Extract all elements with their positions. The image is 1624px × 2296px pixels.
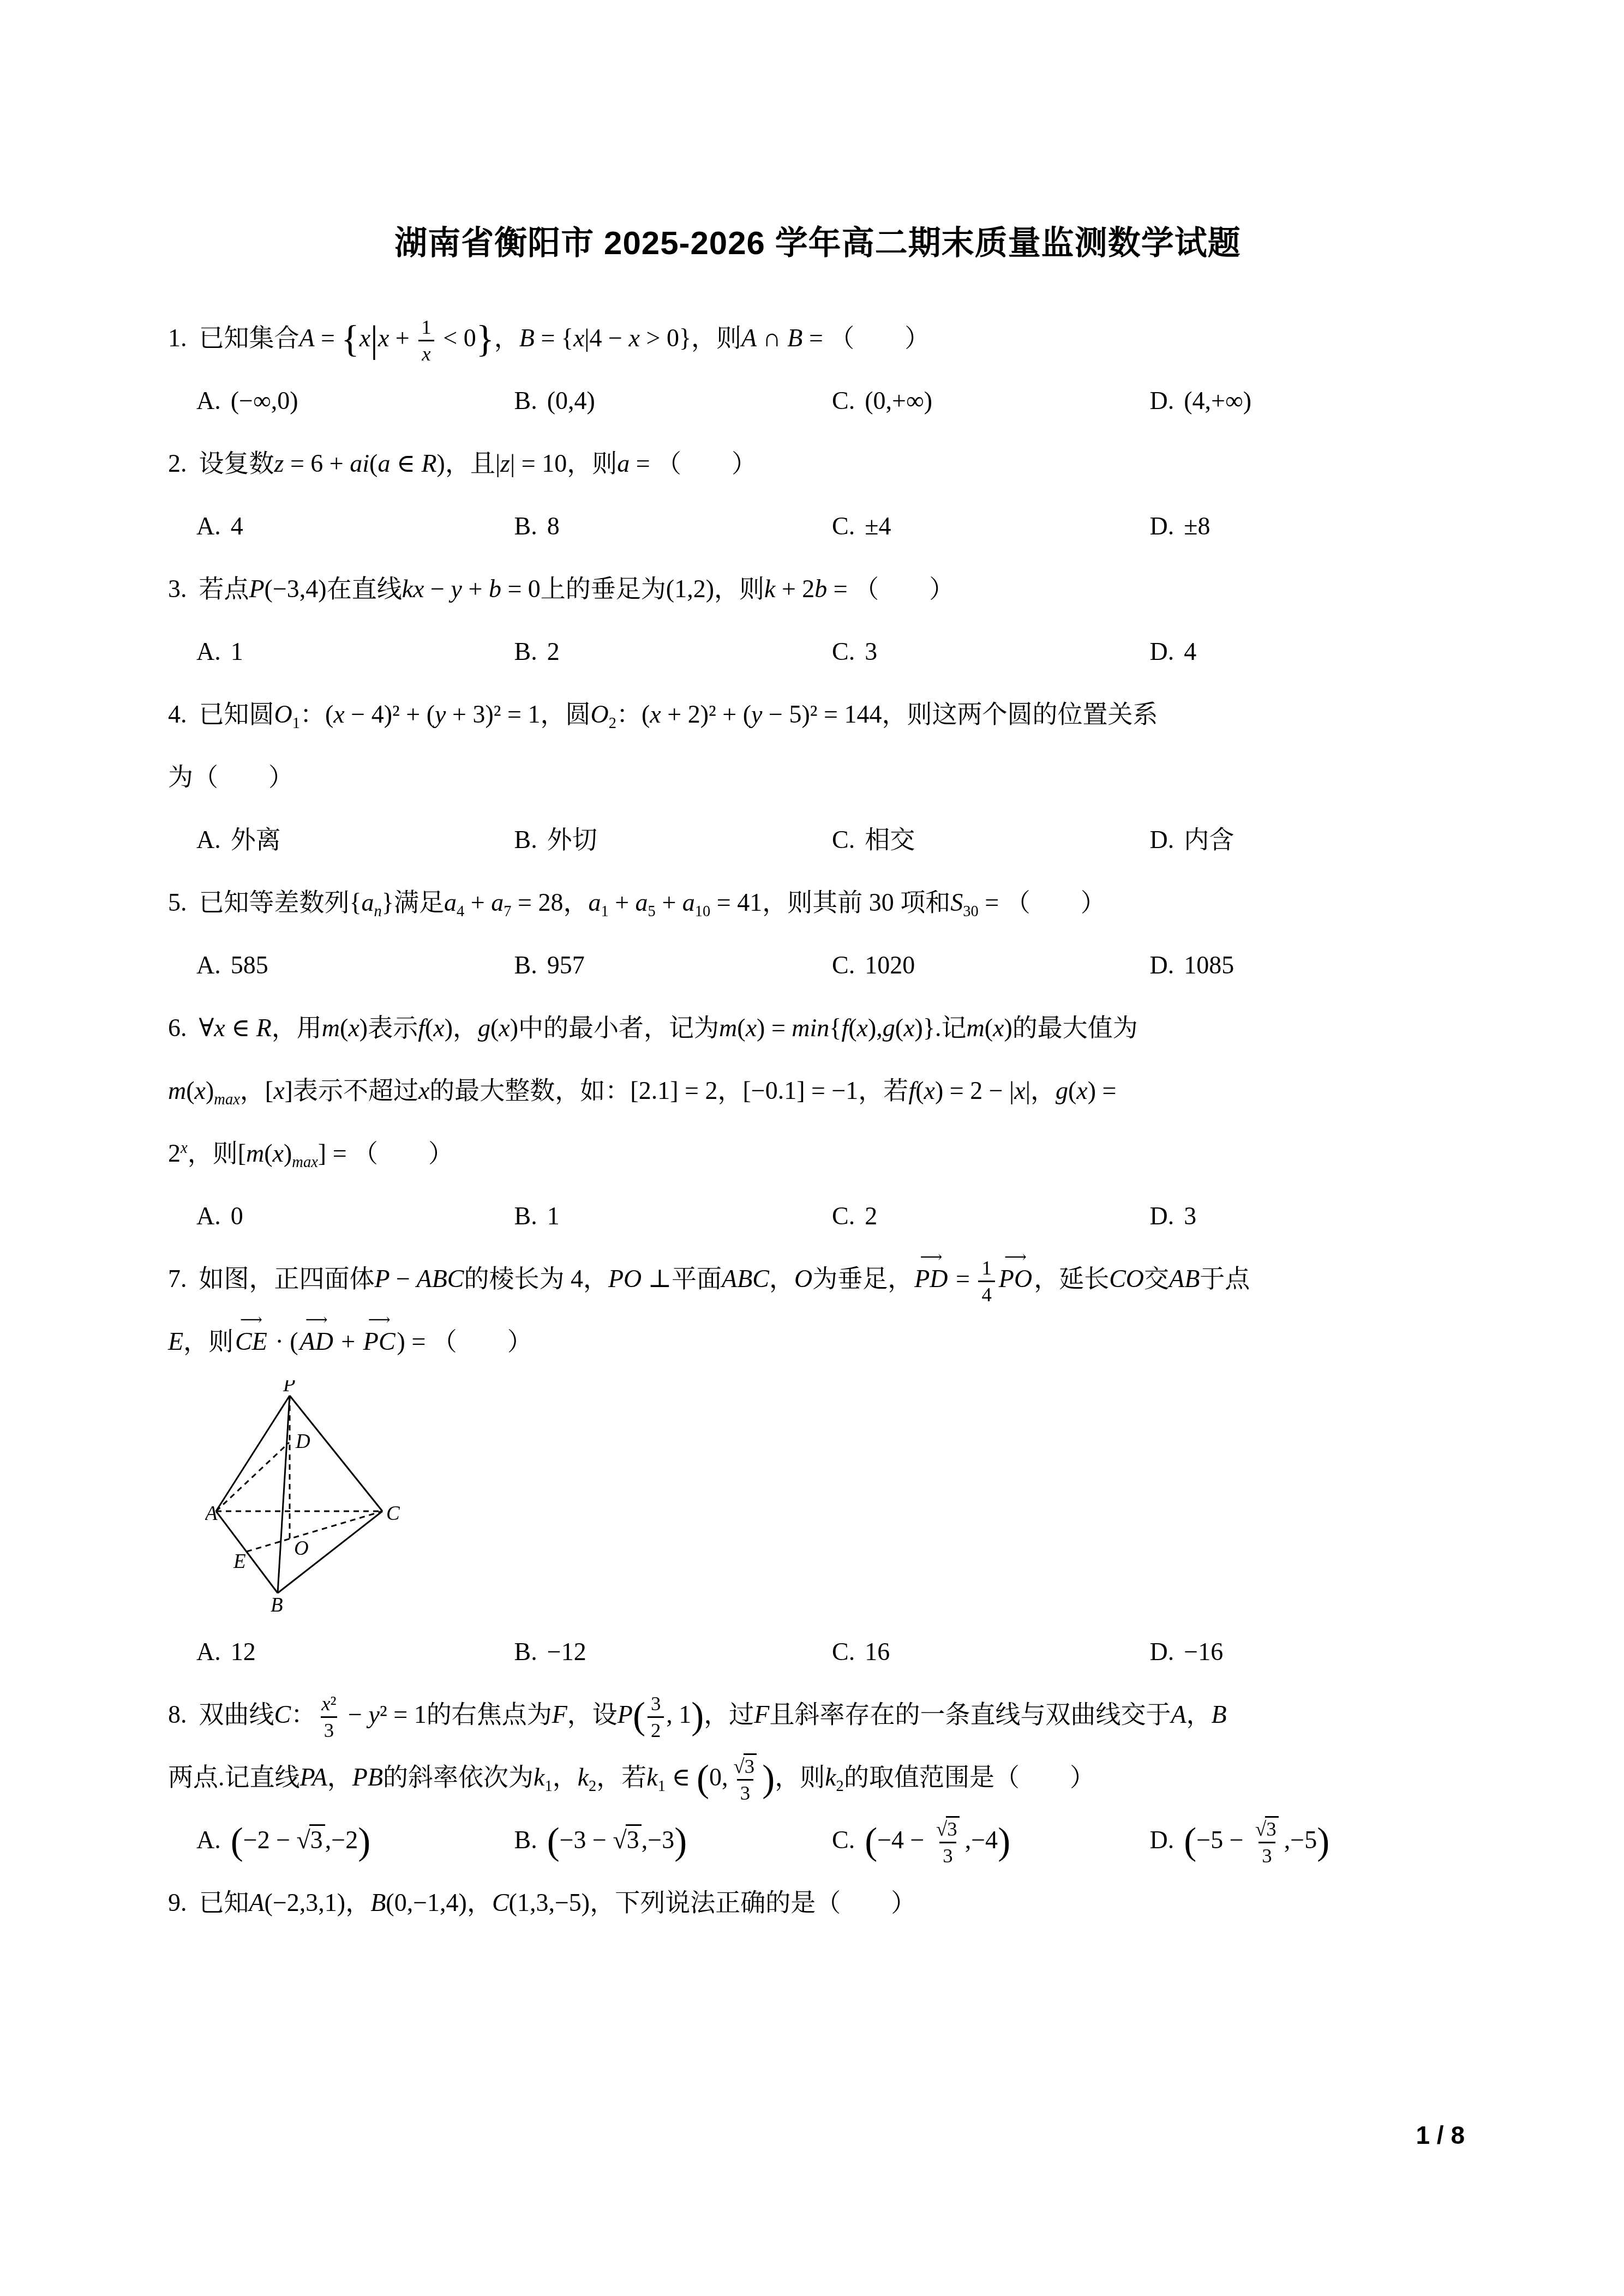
text-segment: ai: [350, 449, 369, 477]
text-segment: a: [362, 888, 374, 916]
text-segment: ): [691, 1695, 704, 1736]
text-segment: x: [650, 700, 661, 728]
option-label: B.: [514, 512, 537, 540]
option-content: (−3 − √3,−3): [547, 1826, 687, 1854]
question-stem-line: 1.已知集合A = {x|x + 1x < 0}，B = {x|4 − x > …: [168, 306, 1467, 369]
option-content: 外切: [547, 826, 597, 854]
option-content: ±4: [865, 512, 891, 540]
text-segment: ，过: [704, 1700, 754, 1728]
question-number: 7.: [168, 1265, 187, 1293]
fraction-denominator: 3: [737, 1779, 753, 1806]
option-content: (−2 − √3,−2): [231, 1826, 371, 1854]
text-segment: ，则[: [188, 1139, 246, 1167]
option-D: D.3: [1150, 1185, 1468, 1247]
option-row: A.(−∞,0)B.(0,4)C.(0,+∞)D.(4,+∞): [168, 369, 1467, 432]
option-label: D.: [1150, 951, 1174, 979]
text-segment: 的斜率依次为: [383, 1763, 534, 1791]
text-segment: (: [1184, 1820, 1196, 1862]
vector-term: PC: [363, 1310, 395, 1373]
square-root: √3: [1255, 1816, 1279, 1840]
option-C: C.相交: [832, 808, 1150, 871]
text-segment: 2: [865, 1202, 877, 1230]
text-segment: (: [895, 1014, 903, 1042]
vector-term: PO: [999, 1247, 1032, 1310]
text-segment: x: [903, 1014, 914, 1042]
option-label: D.: [1150, 1826, 1174, 1854]
text-segment: −2 −: [243, 1826, 297, 1854]
text-segment: P: [618, 1700, 633, 1728]
text-segment: )，: [445, 1014, 478, 1042]
option-B: B.外切: [514, 808, 832, 871]
option-label: D.: [1150, 826, 1174, 854]
text-segment: 交: [1144, 1265, 1169, 1293]
text-segment: A: [249, 1889, 265, 1916]
radicand: 3: [744, 1753, 757, 1777]
text-segment: n: [374, 903, 382, 920]
option-label: A.: [196, 638, 221, 665]
text-segment: ∈: [666, 1763, 697, 1791]
text-segment: 1: [292, 715, 300, 732]
text-segment: < 0: [437, 324, 476, 352]
text-segment: m: [719, 1014, 737, 1042]
text-segment: 的最大整数，如：[2.1] = 2，[−0.1] = −1，若: [429, 1077, 908, 1104]
figure-label-O: O: [294, 1537, 309, 1560]
text-segment: b: [489, 575, 501, 603]
question-5: 5.已知等差数列{an}满足a4 + a7 = 28，a1 + a5 + a10…: [168, 871, 1467, 996]
text-segment: k: [646, 1763, 657, 1791]
option-label: C.: [832, 951, 855, 979]
option-label: A.: [196, 1826, 221, 1854]
option-content: (4,+∞): [1184, 387, 1251, 414]
text-segment: ): [206, 1077, 214, 1104]
option-row: A.4B.8C.±4D.±8: [168, 495, 1467, 557]
text-segment: ∈: [390, 449, 421, 477]
text-segment: (−2,3,1)，: [265, 1889, 371, 1916]
text-segment: 16: [865, 1638, 890, 1666]
text-segment: (0,4): [547, 387, 595, 414]
text-segment: ∀: [199, 1014, 214, 1042]
option-A: A.外离: [196, 808, 514, 871]
text-segment: (−3,4)在直线: [265, 575, 402, 603]
figure-edge-dashed: [247, 1511, 382, 1552]
option-A: A.585: [196, 934, 514, 996]
fraction-numerator: √3: [933, 1817, 963, 1842]
text-segment: }: [476, 318, 494, 360]
text-segment: kx: [402, 575, 424, 603]
text-segment: ),: [868, 1014, 883, 1042]
text-segment: ² = 1的右焦点为: [380, 1700, 552, 1728]
text-segment: ): [674, 1820, 687, 1862]
option-content: 1: [547, 1202, 560, 1230]
option-row: A.1B.2C.3D.4: [168, 620, 1467, 683]
radical-sign: √: [1255, 1818, 1265, 1840]
radicand: 3: [1265, 1816, 1278, 1840]
text-segment: 双曲线: [199, 1700, 274, 1728]
text-segment: ): [998, 1820, 1010, 1862]
text-segment: PB: [352, 1763, 383, 1791]
text-segment: x: [1014, 1077, 1025, 1104]
question-stem-line: m(x)max，[x]表示不超过x的最大整数，如：[2.1] = 2，[−0.1…: [168, 1059, 1467, 1122]
option-content: 16: [865, 1638, 890, 1666]
question-stem-line: 两点.记直线PA，PB的斜率依次为k1，k2，若k1 ∈ (0,√33)，则k2…: [168, 1746, 1467, 1808]
option-content: 0: [231, 1202, 243, 1230]
option-content: −12: [547, 1638, 586, 1666]
text-segment: 若点: [199, 575, 249, 603]
text-segment: g: [883, 1014, 895, 1042]
question-number: 3.: [168, 575, 187, 603]
text-segment: 设复数: [199, 449, 274, 477]
option-label: C.: [832, 638, 855, 665]
text-segment: CO: [1109, 1265, 1144, 1293]
option-content: 外离: [231, 826, 281, 854]
option-content: 2: [547, 638, 560, 665]
text-segment: (: [697, 1758, 709, 1799]
option-B: B.(−3 − √3,−3): [514, 1808, 832, 1871]
text-segment: B: [370, 1889, 386, 1916]
text-segment: =: [315, 324, 341, 352]
text-segment: (: [186, 1077, 194, 1104]
text-segment: = （ ）: [979, 888, 1106, 916]
text-segment: 2: [547, 638, 560, 665]
text-segment: −: [390, 1265, 417, 1293]
question-2: 2.设复数z = 6 + ai(a ∈ R)，且|z| = 10，则a = （ …: [168, 432, 1467, 557]
text-segment: x: [433, 1014, 444, 1042]
text-segment: −5 −: [1196, 1826, 1250, 1854]
text-segment: max: [214, 1091, 240, 1108]
text-segment: 为垂足，: [812, 1265, 913, 1293]
text-segment: = {: [535, 324, 573, 352]
text-segment: 的棱长为 4，: [464, 1265, 608, 1293]
text-segment: ) = （ ）: [397, 1327, 532, 1355]
text-segment: f: [908, 1077, 915, 1104]
text-segment: ：: [291, 1700, 316, 1728]
option-B: B.−12: [514, 1620, 832, 1683]
text-segment: g: [1056, 1077, 1068, 1104]
radical-sign: √: [734, 1755, 744, 1777]
text-segment: C: [492, 1889, 509, 1916]
text-segment: ，: [494, 324, 519, 352]
option-content: 3: [1184, 1202, 1196, 1230]
fraction-numerator: 1: [418, 315, 434, 340]
option-A: A.0: [196, 1185, 514, 1247]
option-content: (−4 − √33,−4): [865, 1826, 1010, 1854]
text-segment: = （ ）: [802, 324, 930, 352]
text-segment: ±4: [865, 512, 891, 540]
question-number: 9.: [168, 1889, 187, 1916]
text-segment: ：(: [300, 700, 333, 728]
fraction-denominator: 3: [321, 1716, 337, 1743]
text-segment: 585: [231, 951, 268, 979]
option-content: 8: [547, 512, 560, 540]
text-segment: 内含: [1184, 826, 1234, 854]
text-segment: 2: [609, 715, 616, 732]
option-content: 1: [231, 638, 243, 665]
option-label: B.: [514, 826, 537, 854]
text-segment: −16: [1184, 1638, 1223, 1666]
text-segment: (: [865, 1820, 877, 1862]
question-stem-line: 为（ ）: [168, 746, 1467, 808]
option-D: D.内含: [1150, 808, 1468, 871]
vector-term: PD: [914, 1247, 948, 1310]
question-9: 9.已知A(−2,3,1)，B(0,−1,4)，C(1,3,−5)，下列说法正确…: [168, 1871, 1467, 1934]
question-stem-line: 8.双曲线C：x²3 − y² = 1的右焦点为F，设P(32, 1)，过F且斜…: [168, 1683, 1467, 1746]
text-segment: +: [389, 324, 416, 352]
text-segment: ，则: [183, 1327, 233, 1355]
text-segment: y: [369, 1700, 380, 1728]
fraction-numerator: 1: [978, 1255, 994, 1281]
text-segment: )，且|: [437, 449, 501, 477]
vector-term: AD: [300, 1310, 333, 1373]
square-root: √3: [734, 1753, 757, 1777]
option-label: C.: [832, 1638, 855, 1666]
option-label: C.: [832, 826, 855, 854]
text-segment: (: [340, 1014, 348, 1042]
fraction-denominator: 3: [1259, 1842, 1275, 1868]
text-segment: ): [762, 1758, 775, 1799]
text-segment: x: [214, 1014, 225, 1042]
text-segment: · (: [269, 1327, 298, 1355]
text-segment: ，延长: [1034, 1265, 1109, 1293]
option-D: D.−16: [1150, 1620, 1468, 1683]
text-segment: min: [792, 1014, 829, 1042]
text-segment: + 2: [775, 575, 814, 603]
text-segment: (: [425, 1014, 433, 1042]
text-segment: +: [335, 1327, 362, 1355]
option-label: B.: [514, 387, 537, 414]
text-segment: ) =: [757, 1014, 792, 1042]
option-row: A.585B.957C.1020D.1085: [168, 934, 1467, 996]
fraction-numerator: 3: [648, 1691, 664, 1716]
fraction-numerator: x²: [318, 1691, 339, 1716]
text-segment: F: [754, 1700, 769, 1728]
option-C: C.3: [832, 620, 1150, 683]
text-segment: −12: [547, 1638, 586, 1666]
option-D: D.(4,+∞): [1150, 369, 1468, 432]
text-segment: z: [500, 449, 510, 477]
text-segment: 已知圆: [199, 700, 274, 728]
option-content: 3: [865, 638, 877, 665]
question-8: 8.双曲线C：x²3 − y² = 1的右焦点为F，设P(32, 1)，过F且斜…: [168, 1683, 1467, 1871]
text-segment: − 4)² + (: [345, 700, 435, 728]
text-segment: m: [246, 1139, 264, 1167]
text-segment: (: [633, 1695, 645, 1736]
fraction: x²3: [318, 1691, 339, 1743]
text-segment: = 0上的垂足为(1,2)，则: [501, 575, 764, 603]
fraction-numerator: √3: [730, 1754, 760, 1779]
option-content: (0,4): [547, 387, 595, 414]
option-content: 957: [547, 951, 585, 979]
option-content: −16: [1184, 1638, 1223, 1666]
square-root: √3: [297, 1824, 325, 1854]
text-segment: ，[: [240, 1077, 273, 1104]
exam-page: 湖南省衡阳市 2025-2026 学年高二期末质量监测数学试题 1.已知集合A …: [0, 0, 1624, 2296]
text-segment: 两点.记直线: [168, 1763, 300, 1791]
text-segment: |，: [1026, 1077, 1056, 1104]
text-segment: )中的最小者，记为: [510, 1014, 719, 1042]
option-label: D.: [1150, 1202, 1174, 1230]
text-segment: 3: [865, 638, 877, 665]
text-segment: x: [273, 1139, 284, 1167]
fraction-denominator: 2: [648, 1716, 664, 1743]
text-segment: m: [168, 1077, 186, 1104]
square-root: √3: [936, 1816, 960, 1840]
text-segment: (: [1068, 1077, 1076, 1104]
option-content: (0,+∞): [865, 387, 932, 414]
text-segment: A: [1171, 1700, 1186, 1728]
figure-edge-solid: [278, 1396, 290, 1593]
option-label: D.: [1150, 1638, 1174, 1666]
text-segment: S: [950, 888, 963, 916]
text-segment: (0,−1,4)，: [386, 1889, 492, 1916]
text-segment: x: [993, 1014, 1004, 1042]
text-segment: x: [857, 1014, 868, 1042]
text-segment: A: [299, 324, 315, 352]
option-content: 1085: [1184, 951, 1234, 979]
text-segment: O: [590, 700, 608, 728]
text-segment: 已知等差数列{: [199, 888, 362, 916]
option-B: B.957: [514, 934, 832, 996]
text-segment: )}.记: [915, 1014, 967, 1042]
text-segment: (−∞,0): [231, 387, 298, 414]
question-6: 6.∀x ∈ R，用m(x)表示f(x)，g(x)中的最小者，记为m(x) = …: [168, 996, 1467, 1247]
question-stem-line: 7.如图，正四面体P − ABC的棱长为 4，PO ⊥平面ABC，O为垂足，PD…: [168, 1247, 1467, 1310]
text-segment: g: [478, 1014, 490, 1042]
text-segment: +: [462, 575, 489, 603]
text-segment: +: [609, 888, 636, 916]
text-segment: F: [552, 1700, 567, 1728]
text-segment: (: [231, 1820, 243, 1862]
text-segment: − 5)² = 144，则这两个圆的位置关系: [762, 700, 1158, 728]
text-segment: | = 10，则: [510, 449, 617, 477]
figure-label-D: D: [295, 1431, 310, 1453]
text-segment: (: [915, 1077, 924, 1104]
text-segment: = 41，则其前 30 项和: [710, 888, 950, 916]
text-segment: (: [490, 1014, 499, 1042]
fraction: √33: [730, 1754, 760, 1806]
text-segment: 1020: [865, 951, 915, 979]
text-segment: a: [377, 449, 390, 477]
text-segment: ): [1317, 1820, 1329, 1862]
text-segment: + 3)² = 1，圆: [446, 700, 590, 728]
radical-sign: √: [613, 1826, 626, 1854]
text-segment: a: [588, 888, 601, 916]
text-segment: ) = 2 − |: [935, 1077, 1014, 1104]
option-C: C.1020: [832, 934, 1150, 996]
question-list: 1.已知集合A = {x|x + 1x < 0}，B = {x|4 − x > …: [168, 306, 1467, 1934]
text-segment: AB: [1169, 1265, 1200, 1293]
text-segment: 于点: [1200, 1265, 1250, 1293]
fraction-denominator: x: [418, 340, 434, 366]
text-segment: −4 −: [877, 1826, 931, 1854]
question-7: 7.如图，正四面体P − ABC的棱长为 4，PO ⊥平面ABC，O为垂足，PD…: [168, 1247, 1467, 1683]
text-segment: x: [378, 324, 389, 352]
option-label: A.: [196, 387, 221, 414]
question-number: 2.: [168, 449, 187, 477]
question-stem-line: 5.已知等差数列{an}满足a4 + a7 = 28，a1 + a5 + a10…: [168, 871, 1467, 934]
text-segment: (4,+∞): [1184, 387, 1251, 414]
text-segment: 已知: [199, 1889, 249, 1916]
option-content: 4: [231, 512, 243, 540]
text-segment: x: [499, 1014, 510, 1042]
text-segment: ±8: [1184, 512, 1210, 540]
option-label: A.: [196, 512, 221, 540]
text-segment: ⊥平面: [642, 1265, 722, 1293]
text-segment: k: [578, 1763, 589, 1791]
text-segment: 10: [695, 903, 711, 920]
fraction: 1x: [418, 315, 434, 366]
text-segment: 1: [231, 638, 243, 665]
text-segment: −: [342, 1700, 369, 1728]
text-segment: 0,: [709, 1763, 728, 1791]
text-segment: = 6 +: [284, 449, 350, 477]
option-label: C.: [832, 387, 855, 414]
option-A: A.(−∞,0): [196, 369, 514, 432]
text-segment: (: [369, 449, 377, 477]
option-B: B.2: [514, 620, 832, 683]
option-D: D.1085: [1150, 934, 1468, 996]
text-segment: x: [418, 1077, 429, 1104]
option-label: B.: [514, 951, 537, 979]
text-segment: ，: [769, 1265, 794, 1293]
text-segment: 3: [1184, 1202, 1196, 1230]
text-segment: x: [924, 1077, 934, 1104]
text-segment: b: [814, 575, 827, 603]
text-segment: 1: [544, 1778, 552, 1795]
text-segment: 如图，正四面体: [199, 1265, 375, 1293]
option-content: 585: [231, 951, 268, 979]
option-A: A.12: [196, 1620, 514, 1683]
text-segment: > 0}，则: [640, 324, 741, 352]
text-segment: x: [573, 324, 584, 352]
option-label: C.: [832, 1826, 855, 1854]
figure-edge-solid: [290, 1396, 382, 1511]
text-segment: |: [370, 318, 378, 360]
text-segment: 外切: [547, 826, 597, 854]
text-segment: = 28，: [511, 888, 588, 916]
text-segment: O: [274, 700, 292, 728]
text-segment: m: [966, 1014, 984, 1042]
page-content: 湖南省衡阳市 2025-2026 学年高二期末质量监测数学试题 1.已知集合A …: [0, 0, 1624, 1934]
text-segment: ] = （ ）: [318, 1139, 453, 1167]
question-stem-line: 9.已知A(−2,3,1)，B(0,−1,4)，C(1,3,−5)，下列说法正确…: [168, 1871, 1467, 1934]
option-C: C.±4: [832, 495, 1150, 557]
tetrahedron-figure: PDACEOB: [205, 1380, 401, 1615]
option-row: A.外离B.外切C.相交D.内含: [168, 808, 1467, 871]
text-segment: 2: [589, 1778, 596, 1795]
text-segment: ]表示不超过: [285, 1077, 418, 1104]
figure-label-C: C: [386, 1502, 400, 1525]
text-segment: ，设: [567, 1700, 618, 1728]
radical-sign: √: [936, 1818, 946, 1840]
fraction: 32: [648, 1691, 664, 1743]
fraction-numerator: √3: [1252, 1817, 1282, 1842]
text-segment: a: [491, 888, 504, 916]
option-label: A.: [196, 826, 221, 854]
fraction: √33: [1252, 1817, 1282, 1868]
text-segment: a: [636, 888, 648, 916]
text-segment: x: [321, 1692, 330, 1715]
text-segment: R: [256, 1014, 272, 1042]
text-segment: 为（ ）: [168, 763, 293, 791]
text-segment: 30: [963, 903, 979, 920]
option-C: C.2: [832, 1185, 1150, 1247]
text-segment: x: [1076, 1077, 1087, 1104]
option-B: B.1: [514, 1185, 832, 1247]
option-label: D.: [1150, 638, 1174, 665]
text-segment: 957: [547, 951, 585, 979]
option-C: C.(−4 − √33,−4): [832, 1808, 1150, 1871]
text-segment: 的取值范围是（ ）: [844, 1763, 1095, 1791]
